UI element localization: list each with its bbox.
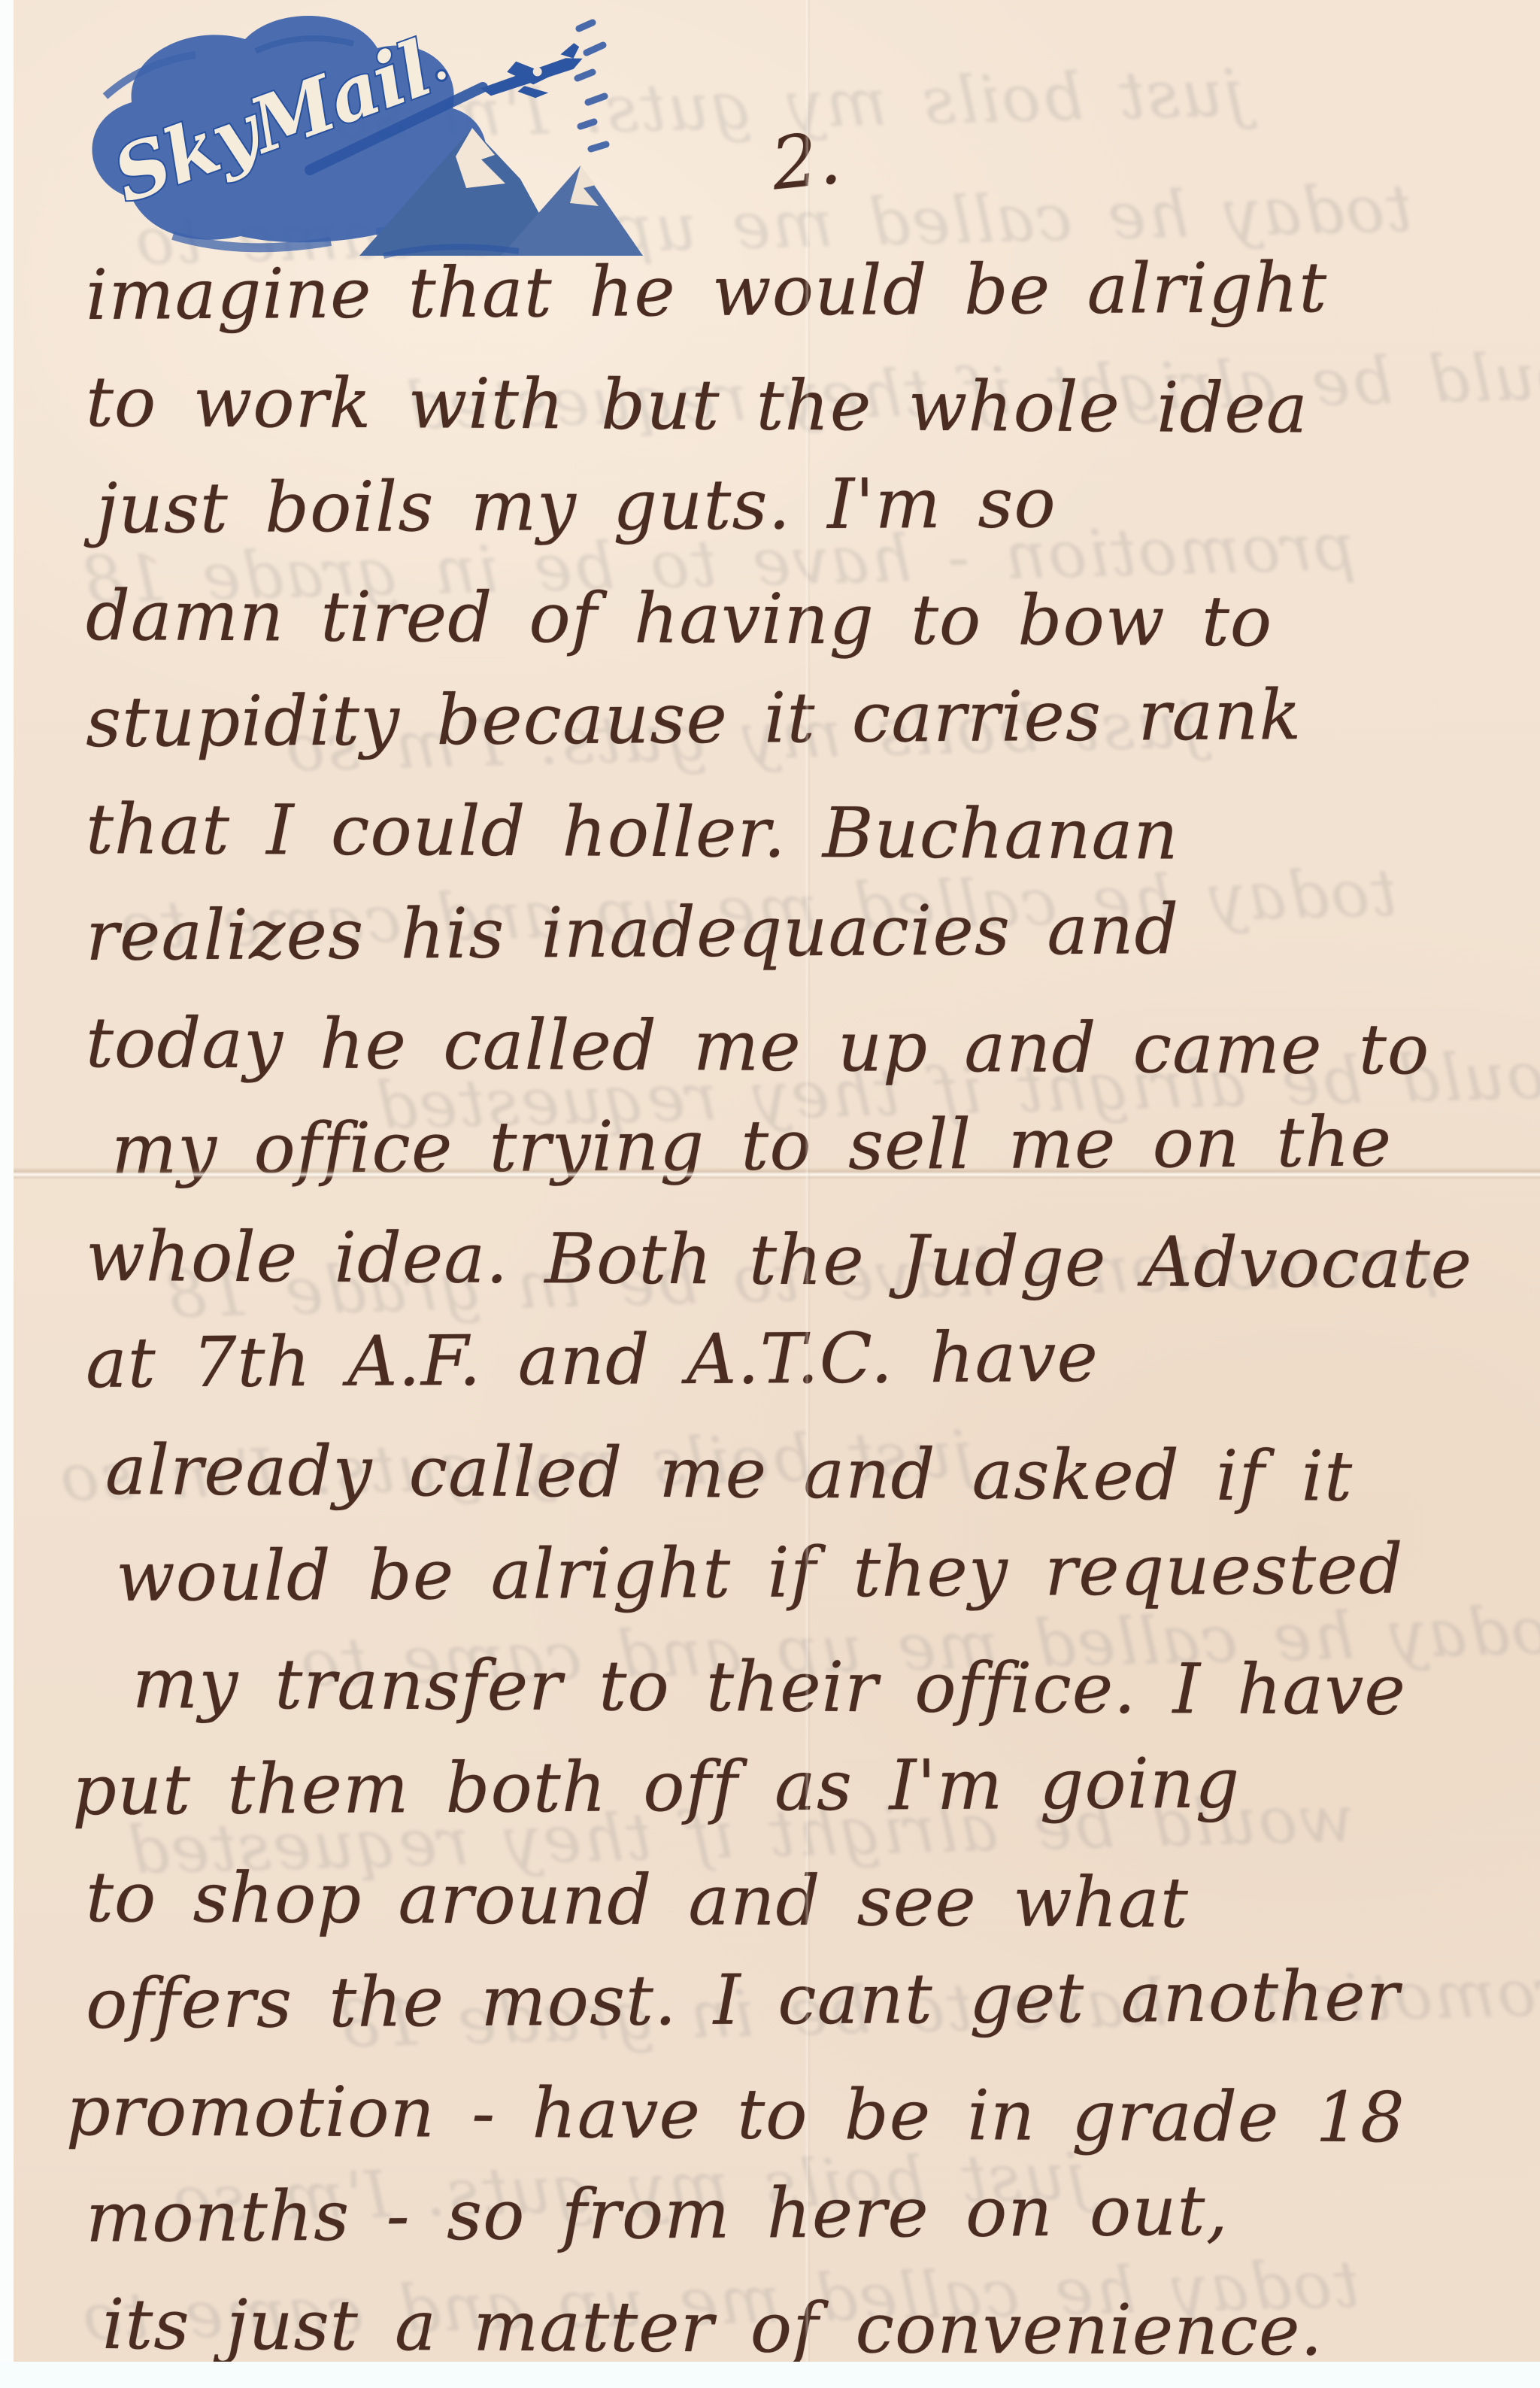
letter-line: already called me and asked if it bbox=[105, 1417, 1500, 1531]
letter-line: put them both off as I'm going bbox=[72, 1728, 1500, 1844]
letter-line: just boils my guts. I'm so bbox=[96, 448, 1500, 563]
letter-line: at 7th A.F. and A.T.C. have bbox=[86, 1302, 1500, 1417]
letter-line: today he called me up and came to bbox=[86, 990, 1500, 1104]
letter-line: imagine that he would be alright bbox=[86, 234, 1500, 349]
letter-line: whole idea. Both the Judge Advocate bbox=[86, 1203, 1500, 1318]
letter-line: realizes his inadequacies and bbox=[86, 875, 1500, 990]
letter-line: stupidity because it carries rank bbox=[86, 661, 1500, 776]
scanner-background-left bbox=[0, 0, 14, 2388]
letter-line: to work with but the whole idea bbox=[86, 349, 1500, 463]
letter-line: months - so from here on out, bbox=[86, 2156, 1500, 2271]
skymail-logo: SkyMail bbox=[60, 6, 654, 266]
letter-line: promotion - have to be in grade 18 bbox=[66, 2058, 1500, 2172]
letter-line: that I could holler. Buchanan bbox=[86, 776, 1500, 891]
fold-crease-vertical bbox=[805, 0, 811, 2362]
letter-line: to shop around and see what bbox=[86, 1844, 1500, 1959]
airplane-icon bbox=[476, 42, 587, 106]
letter-line: damn tired of having to bow to bbox=[86, 563, 1500, 677]
fold-crease-horizontal bbox=[14, 1167, 1540, 1179]
scanner-background-bottom bbox=[0, 2362, 1540, 2388]
letter-lines: imagine that he would be alrightto work … bbox=[86, 242, 1499, 2378]
letter-line: offers the most. I cant get another bbox=[86, 1943, 1500, 2058]
letter-paper: just boils my guts. I'm sotoday he calle… bbox=[14, 0, 1540, 2362]
speed-dashes bbox=[577, 23, 606, 149]
letter-line: my transfer to their office. I have bbox=[132, 1631, 1500, 1745]
